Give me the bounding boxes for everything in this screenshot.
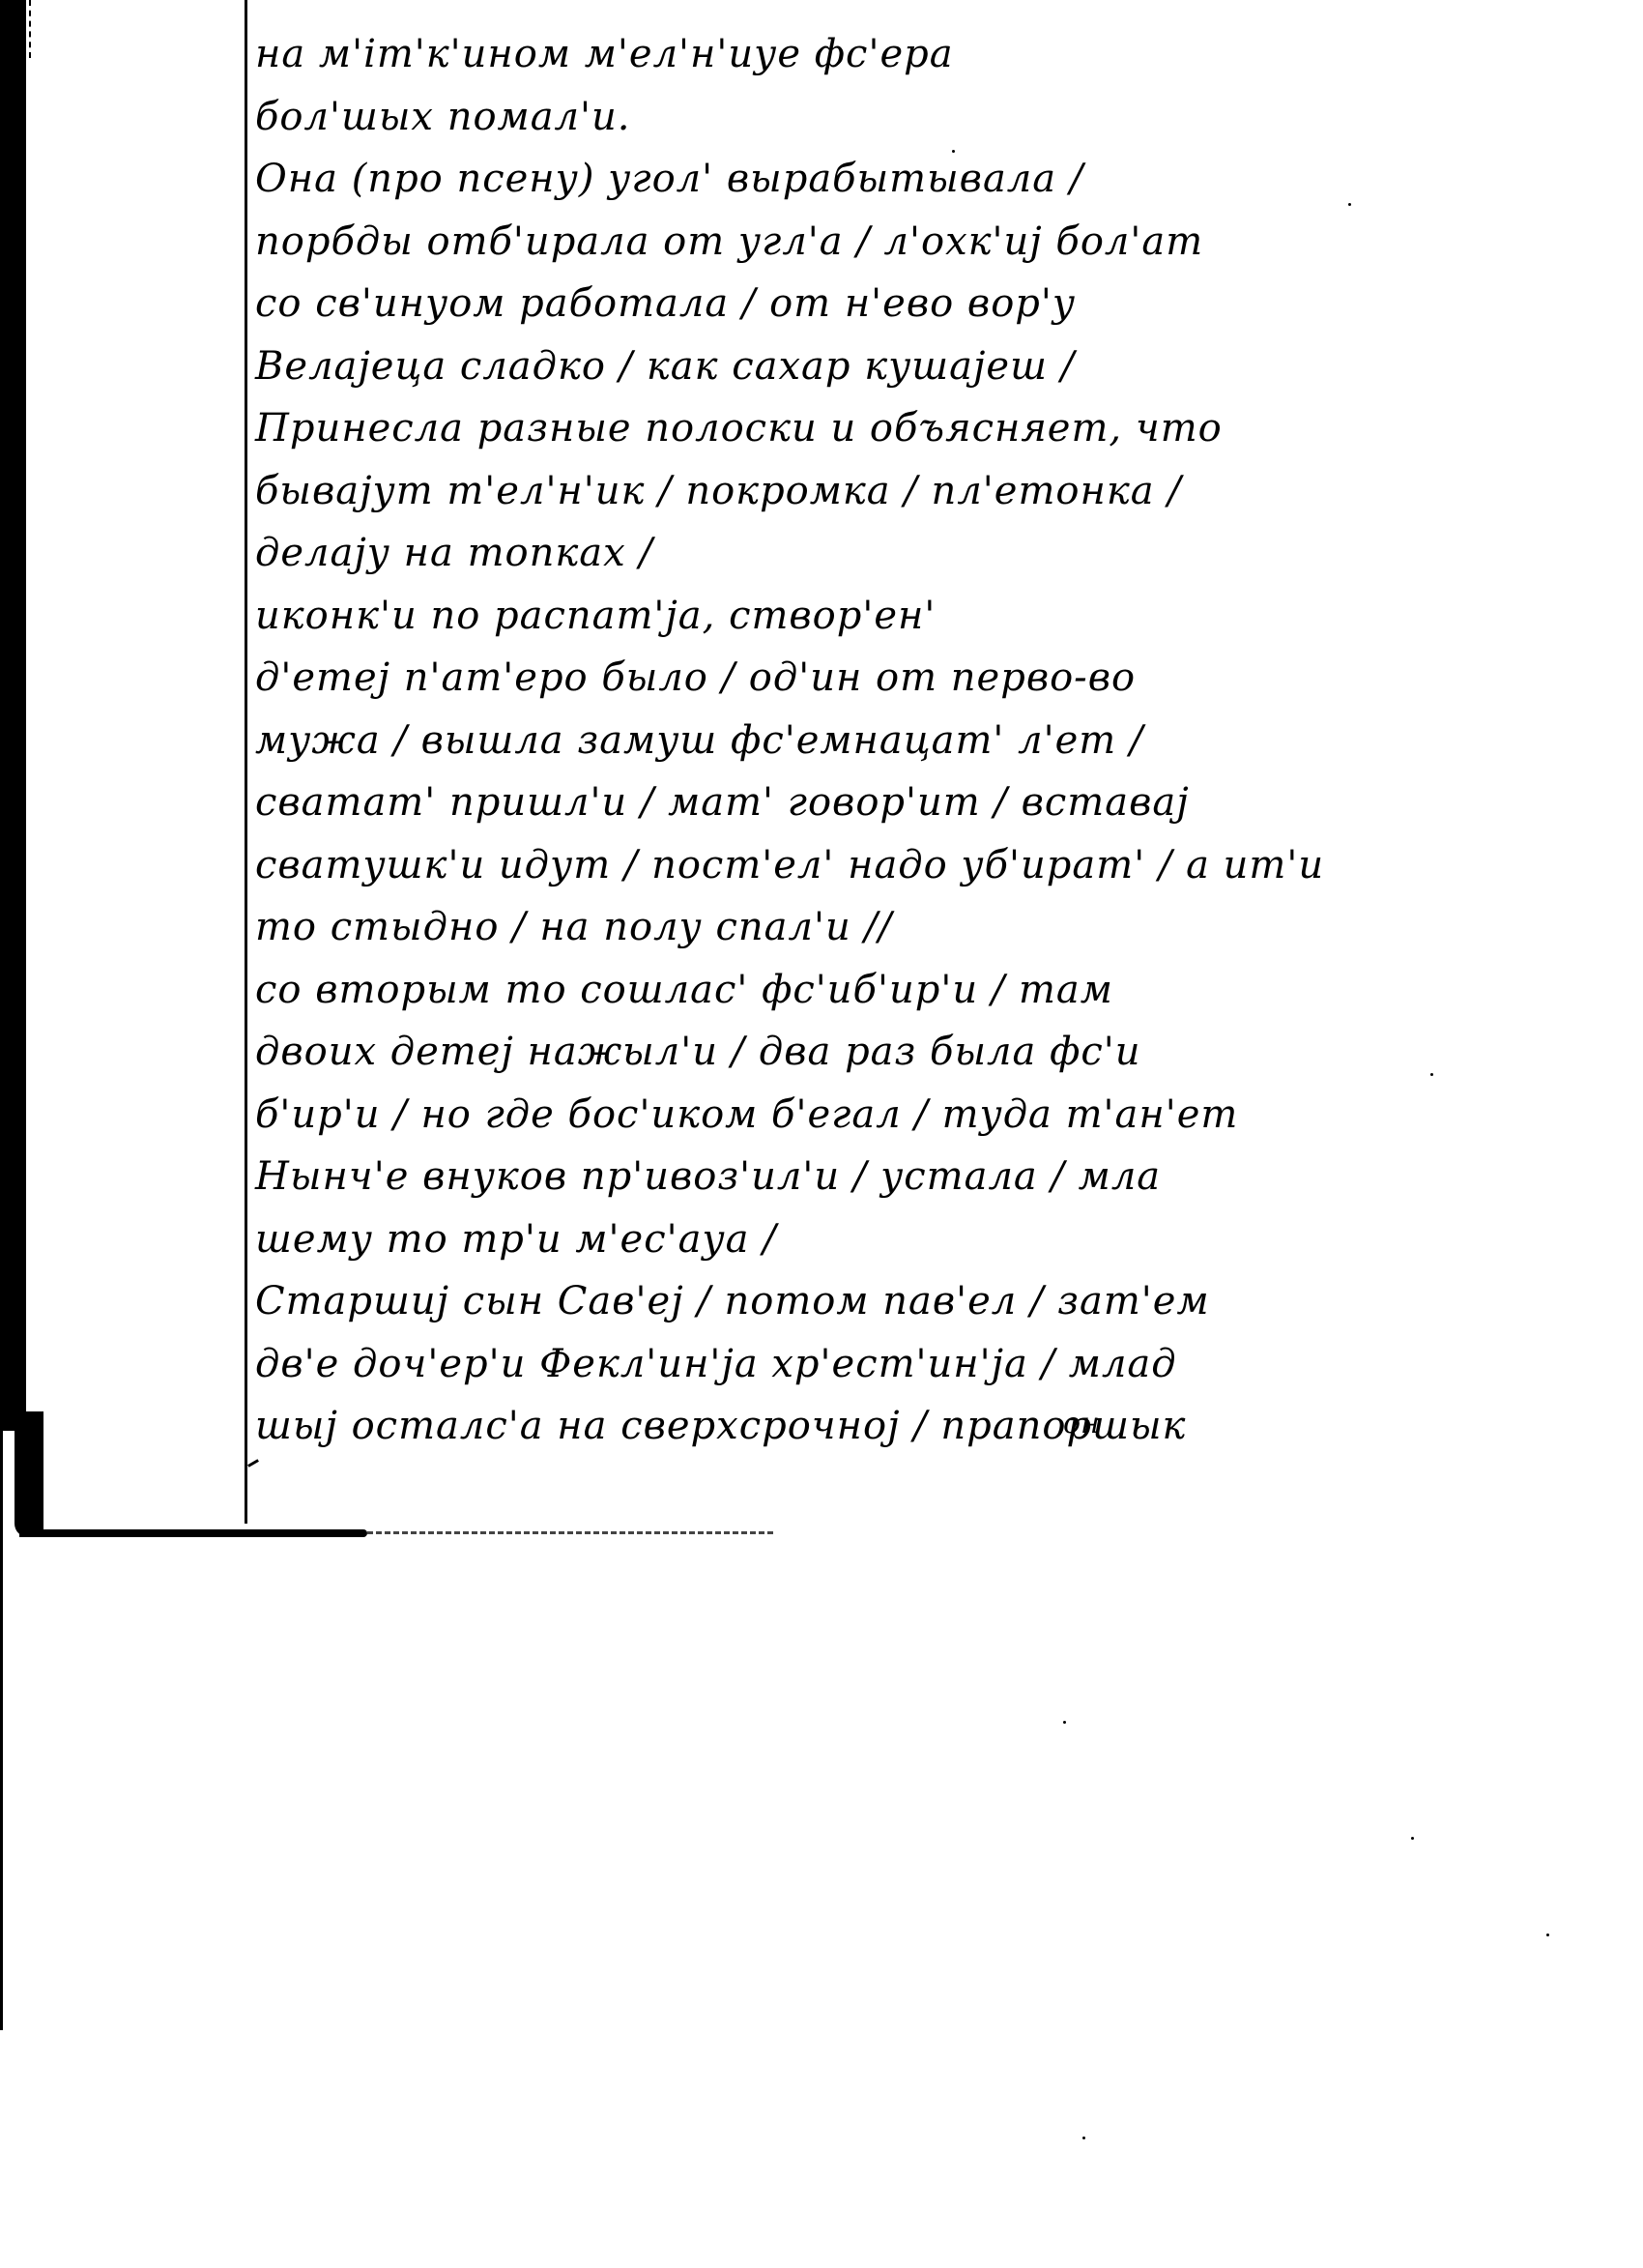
- binding-shadow-bar: [0, 0, 26, 1431]
- text-line: делају на топках /: [255, 522, 1338, 585]
- scan-speck: [1082, 2137, 1085, 2139]
- text-line: порбды отб'ирала от угл'а / л'охк'иј бол…: [255, 211, 1338, 274]
- scanned-page: на м'іт'к'ином м'ел'н'иуе фс'ера бол'шых…: [0, 0, 1643, 2268]
- text-line: Велајеца сладко / как сахар кушајеш /: [255, 335, 1338, 398]
- scan-speck: [952, 150, 955, 153]
- text-line: на м'іт'к'ином м'ел'н'иуе фс'ера: [255, 23, 1338, 86]
- margin-line: [245, 0, 247, 1524]
- text-line: Принесла разные полоски и объясняет, что: [255, 397, 1338, 460]
- text-line: шыј осталс'а на сверхсрочноj / прапоршык: [255, 1395, 1338, 1458]
- text-line: Старшиј сын Сав'еј / потом пав'ел / зат'…: [255, 1270, 1338, 1333]
- text-line: иконк'и по распат'ја, створ'ен': [255, 585, 1338, 648]
- text-line: то стыдно / на полу спал'и //: [255, 896, 1338, 959]
- text-line: со вторым то сошлас' фс'иб'ир'и / там: [255, 959, 1338, 1022]
- handwritten-text-block: на м'іт'к'ином м'ел'н'иуе фс'ера бол'шых…: [255, 23, 1338, 1458]
- text-line: Она (про псену) угол' вырабытывала /: [255, 148, 1338, 211]
- text-line: б'ир'и / но где бос'иком б'егал / туда т…: [255, 1084, 1338, 1147]
- edge-ticks: [29, 0, 33, 58]
- scan-speck: [1546, 1934, 1549, 1936]
- scan-speck: [1063, 1721, 1066, 1724]
- text-line: дв'е доч'ер'и Фекл'ин'ја хр'ест'ин'ја / …: [255, 1333, 1338, 1396]
- margin-tick-mark: [247, 1459, 259, 1468]
- binding-shadow-bottom: [19, 1529, 367, 1537]
- scan-speck: [1348, 203, 1351, 206]
- text-line: бол'шых помал'и.: [255, 86, 1338, 149]
- text-line: шему то тр'и м'ес'ауа /: [255, 1208, 1338, 1271]
- binding-shadow-dashes: [367, 1531, 773, 1534]
- text-line: мужа / вышла замуш фс'емнацат' л'ет /: [255, 710, 1338, 772]
- text-line: д'етеј п'ат'еро было / од'ин от перво-во: [255, 647, 1338, 710]
- text-line: сватушк'и идут / пост'ел' надо уб'ират' …: [255, 834, 1338, 897]
- scan-speck: [1411, 1837, 1414, 1840]
- scan-speck: [1430, 1073, 1433, 1076]
- text-line: Нынч'е внуков пр'ивоз'ил'и / устала / мл…: [255, 1146, 1338, 1208]
- interlinear-annotation: он: [1063, 1407, 1100, 1440]
- binding-shadow-bar-lower: [14, 1411, 43, 1537]
- text-line: бывајут т'ел'н'ик / покромка / пл'етонка…: [255, 460, 1338, 523]
- text-line: со св'инуом работала / от н'ево вор'у: [255, 273, 1338, 335]
- text-line: сватат' пришл'и / мат' говор'ит / встава…: [255, 771, 1338, 834]
- text-line: двоих детеј нажыл'и / два раз была фс'и: [255, 1021, 1338, 1084]
